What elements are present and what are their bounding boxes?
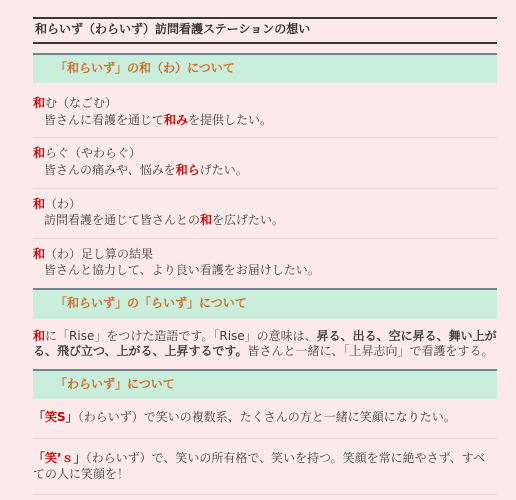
page-content: 和らいず（わらいず）訪問看護ステーションの想い 「和らいず」の和（わ）について … bbox=[33, 17, 497, 495]
item-body-post: を広げたい。 bbox=[212, 213, 284, 227]
item-body-pre: 皆さんに看護を通じて bbox=[44, 113, 164, 127]
bracket-close: 」 bbox=[66, 410, 78, 424]
item-body-pre: 訪問看護を通じて皆さんとの bbox=[44, 213, 200, 227]
page-title: 和らいず（わらいず）訪問看護ステーションの想い bbox=[33, 17, 497, 44]
section-heading-waraizu: 「わらいず」について bbox=[33, 369, 497, 400]
item-heading-rest: （わ）足し算の結果 bbox=[45, 247, 153, 261]
wa-meaning-list: 和む（なごむ） 皆さんに看護を通じて和みを提供したい。 和らぐ（やわらぐ） 皆さ… bbox=[33, 88, 497, 288]
item-heading-accent: 和 bbox=[33, 247, 45, 261]
list-item-wa: 和（わ） 訪問看護を通じて皆さんとの和を広げたい。 bbox=[33, 189, 497, 239]
smile-text: （わらいず）で、笑いの所有格で、笑いを持つ。笑顔を常に絶やさず、すべての人に笑顔… bbox=[33, 451, 485, 481]
bracket-open: 「 bbox=[33, 451, 45, 465]
list-item-nagomu: 和む（なごむ） 皆さんに看護を通じて和みを提供したい。 bbox=[33, 88, 497, 138]
rise-text-2: 皆さんと一緒に、「上昇志向」で看護をする。 bbox=[247, 344, 493, 358]
item-heading-accent: 和 bbox=[33, 146, 45, 160]
item-body: 皆さんに看護を通じて和みを提供したい。 bbox=[33, 113, 497, 129]
item-body-accent: 和 bbox=[200, 213, 212, 227]
item-heading: 和（わ） bbox=[33, 197, 497, 213]
list-item-tashizan: 和（わ）足し算の結果 皆さんと協力して、より良い看護をお届けしたい。 bbox=[33, 239, 497, 288]
item-heading-accent: 和 bbox=[33, 197, 45, 211]
item-body: 皆さんの痛みや、悩みを和らげたい。 bbox=[33, 163, 497, 179]
item-body: 皆さんと協力して、より良い看護をお届けしたい。 bbox=[33, 263, 497, 279]
section-heading-wa: 「和らいず」の和（わ）について bbox=[33, 53, 497, 84]
item-body-post: を提供したい。 bbox=[188, 113, 272, 127]
section-heading-waraizu-label: 「わらいず」について bbox=[55, 377, 175, 391]
list-item-warai-apostrophe-s: 「笑’ｓ」（わらいず）で、笑いの所有格で、笑いを持つ。笑顔を常に絶やさず、すべて… bbox=[33, 439, 497, 495]
item-heading: 和む（なごむ） bbox=[33, 96, 497, 112]
item-body: 訪問看護を通じて皆さんとの和を広げたい。 bbox=[33, 213, 497, 229]
item-heading-rest: （わ） bbox=[45, 197, 81, 211]
rise-text-1: に「Rise」をつけた造語です。「Rise」の意味は、 bbox=[45, 329, 317, 343]
item-body-accent: 和み bbox=[164, 113, 188, 127]
rise-paragraph: 和に「Rise」をつけた造語です。「Rise」の意味は、昇る、出る、空に昇る、舞… bbox=[33, 329, 497, 360]
item-heading: 和（わ）足し算の結果 bbox=[33, 247, 497, 263]
item-heading: 和らぐ（やわらぐ） bbox=[33, 146, 497, 162]
section-heading-wa-label: 「和らいず」の和（わ）について bbox=[55, 61, 235, 75]
item-body-accent: 和ら bbox=[176, 163, 200, 177]
section-heading-rise: 「和らいず」の「らいず」について bbox=[33, 288, 497, 319]
bracket-close: 」 bbox=[74, 451, 86, 465]
section-heading-rise-label: 「和らいず」の「らいず」について bbox=[55, 296, 247, 310]
rise-accent: 和 bbox=[33, 329, 45, 343]
item-body-post: げたい。 bbox=[200, 163, 248, 177]
item-heading-rest: らぐ（やわらぐ） bbox=[45, 146, 141, 160]
bracket-open: 「 bbox=[33, 410, 45, 424]
item-body-pre: 皆さんの痛みや、悩みを bbox=[44, 163, 176, 177]
smile-accent: 笑S bbox=[45, 410, 66, 424]
smile-meaning-list: 「笑S」（わらいず）で笑いの複数系、たくさんの方と一緒に笑顔になりたい。 「笑’… bbox=[33, 399, 497, 495]
smile-accent: 笑’ｓ bbox=[45, 451, 74, 465]
item-body-pre: 皆さんと協力して、より良い看護をお届けしたい。 bbox=[44, 263, 320, 277]
list-item-yawaragu: 和らぐ（やわらぐ） 皆さんの痛みや、悩みを和らげたい。 bbox=[33, 138, 497, 188]
smile-text: （わらいず）で笑いの複数系、たくさんの方と一緒に笑顔になりたい。 bbox=[78, 410, 456, 424]
list-item-warai-s: 「笑S」（わらいず）で笑いの複数系、たくさんの方と一緒に笑顔になりたい。 bbox=[33, 399, 497, 439]
item-heading-accent: 和 bbox=[33, 96, 45, 110]
item-heading-rest: む（なごむ） bbox=[45, 96, 117, 110]
